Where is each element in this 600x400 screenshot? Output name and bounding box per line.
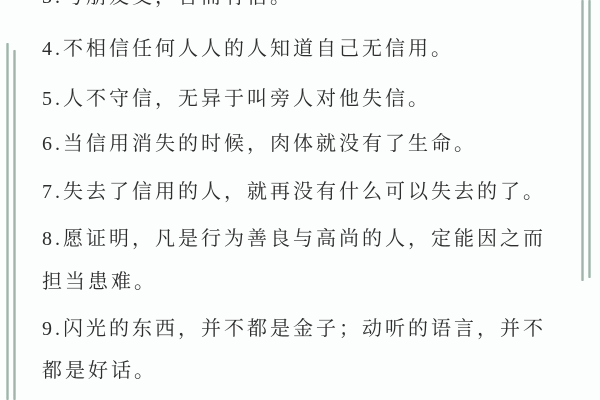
left-double-line-inner [13, 50, 16, 400]
quote-item-7: 7.失去了信用的人，就再没有什么可以失去的了。 [42, 179, 546, 205]
quote-item-6: 6.当信用消失的时候，肉体就没有了生命。 [42, 131, 477, 157]
quotes-page: 3.与朋友交，言而有信。 4.不相信任何人人的人知道自己无信用。 5.人不守信，… [0, 0, 600, 400]
quote-item-9-line-2: 都是好话。 [42, 358, 157, 384]
right-double-line-outer [588, 0, 591, 278]
right-double-line-inner [581, 0, 584, 281]
quote-item-9-line-1: 9.闪光的东西，并不都是金子；动听的语言，并不 [42, 316, 546, 342]
quote-item-8-line-2: 担当患难。 [42, 269, 157, 295]
quote-item-8-line-1: 8.愿证明，凡是行为善良与高尚的人，定能因之而 [42, 226, 546, 252]
left-double-line-outer [6, 43, 9, 400]
quote-item-3-clipped: 3.与朋友交，言而有信。 [42, 0, 293, 10]
quote-item-4: 4.不相信任何人人的人知道自己无信用。 [42, 36, 454, 62]
quote-item-5: 5.人不守信，无异于叫旁人对他失信。 [42, 86, 431, 112]
